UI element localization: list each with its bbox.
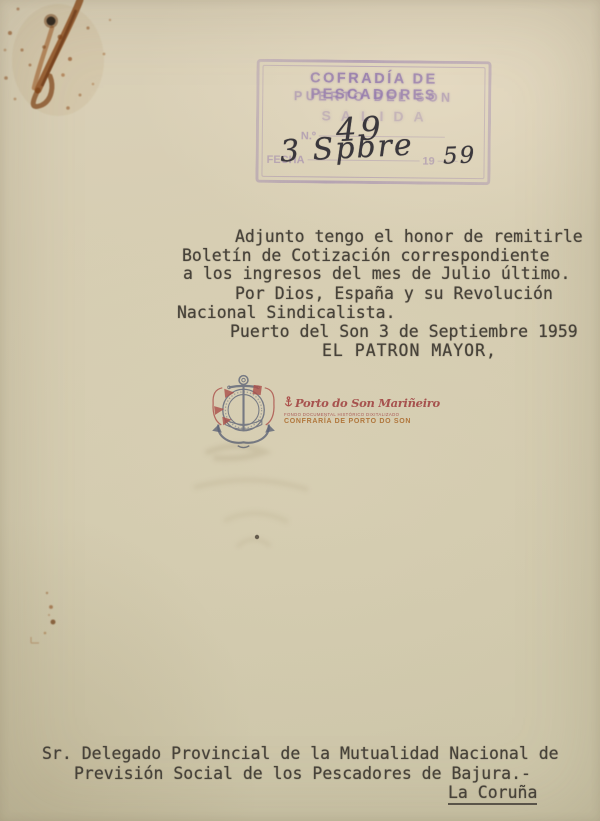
body-line: a los ingresos del mes de Julio último.: [183, 264, 570, 283]
address-line: Sr. Delegado Provincial de la Mutualidad…: [42, 744, 559, 763]
handwritten-date: 3 Spbre: [279, 128, 414, 170]
scanned-letter-page: COFRADÍA DE PESCADORES PUERTO DEL SON SA…: [0, 0, 600, 821]
body-signature-title: EL PATRON MAYOR,: [322, 341, 497, 360]
anchor-icon: [284, 396, 293, 409]
body-line: Por Dios, España y su Revolución: [235, 284, 553, 303]
watermark-subtitle: FONDO DOCUMENTAL HISTÓRICO DIXITALIZADO: [284, 412, 394, 417]
watermark-text-block: Porto do Son Mariñeiro FONDO DOCUMENTAL …: [284, 396, 394, 425]
address-city-underlined: La Coruña: [448, 783, 537, 805]
rust-stain-top-left: [0, 0, 150, 135]
rust-stain-left-middle: [28, 585, 73, 655]
anchor-emblem-icon: [203, 370, 285, 450]
stamp-port-name: PUERTO DEL SON: [259, 89, 488, 105]
address-line: Previsión Social de los Pescadores de Ba…: [74, 764, 531, 783]
archive-watermark: Porto do Son Mariñeiro FONDO DOCUMENTAL …: [203, 370, 393, 452]
body-line: Boletín de Cotización correspondiente: [182, 246, 550, 265]
body-line: Nacional Sindicalista.: [177, 303, 396, 322]
watermark-title: Porto do Son Mariñeiro: [295, 396, 440, 410]
body-dateline: Puerto del Son 3 de Septiembre 1959: [230, 322, 578, 341]
body-line: Adjunto tengo el honor de remitirle: [235, 227, 583, 246]
handwritten-year: 59: [443, 142, 477, 169]
stamp-year-prefix: 19: [422, 156, 434, 168]
watermark-org: CONFRARÍA DE PORTO DO SON: [284, 418, 394, 425]
